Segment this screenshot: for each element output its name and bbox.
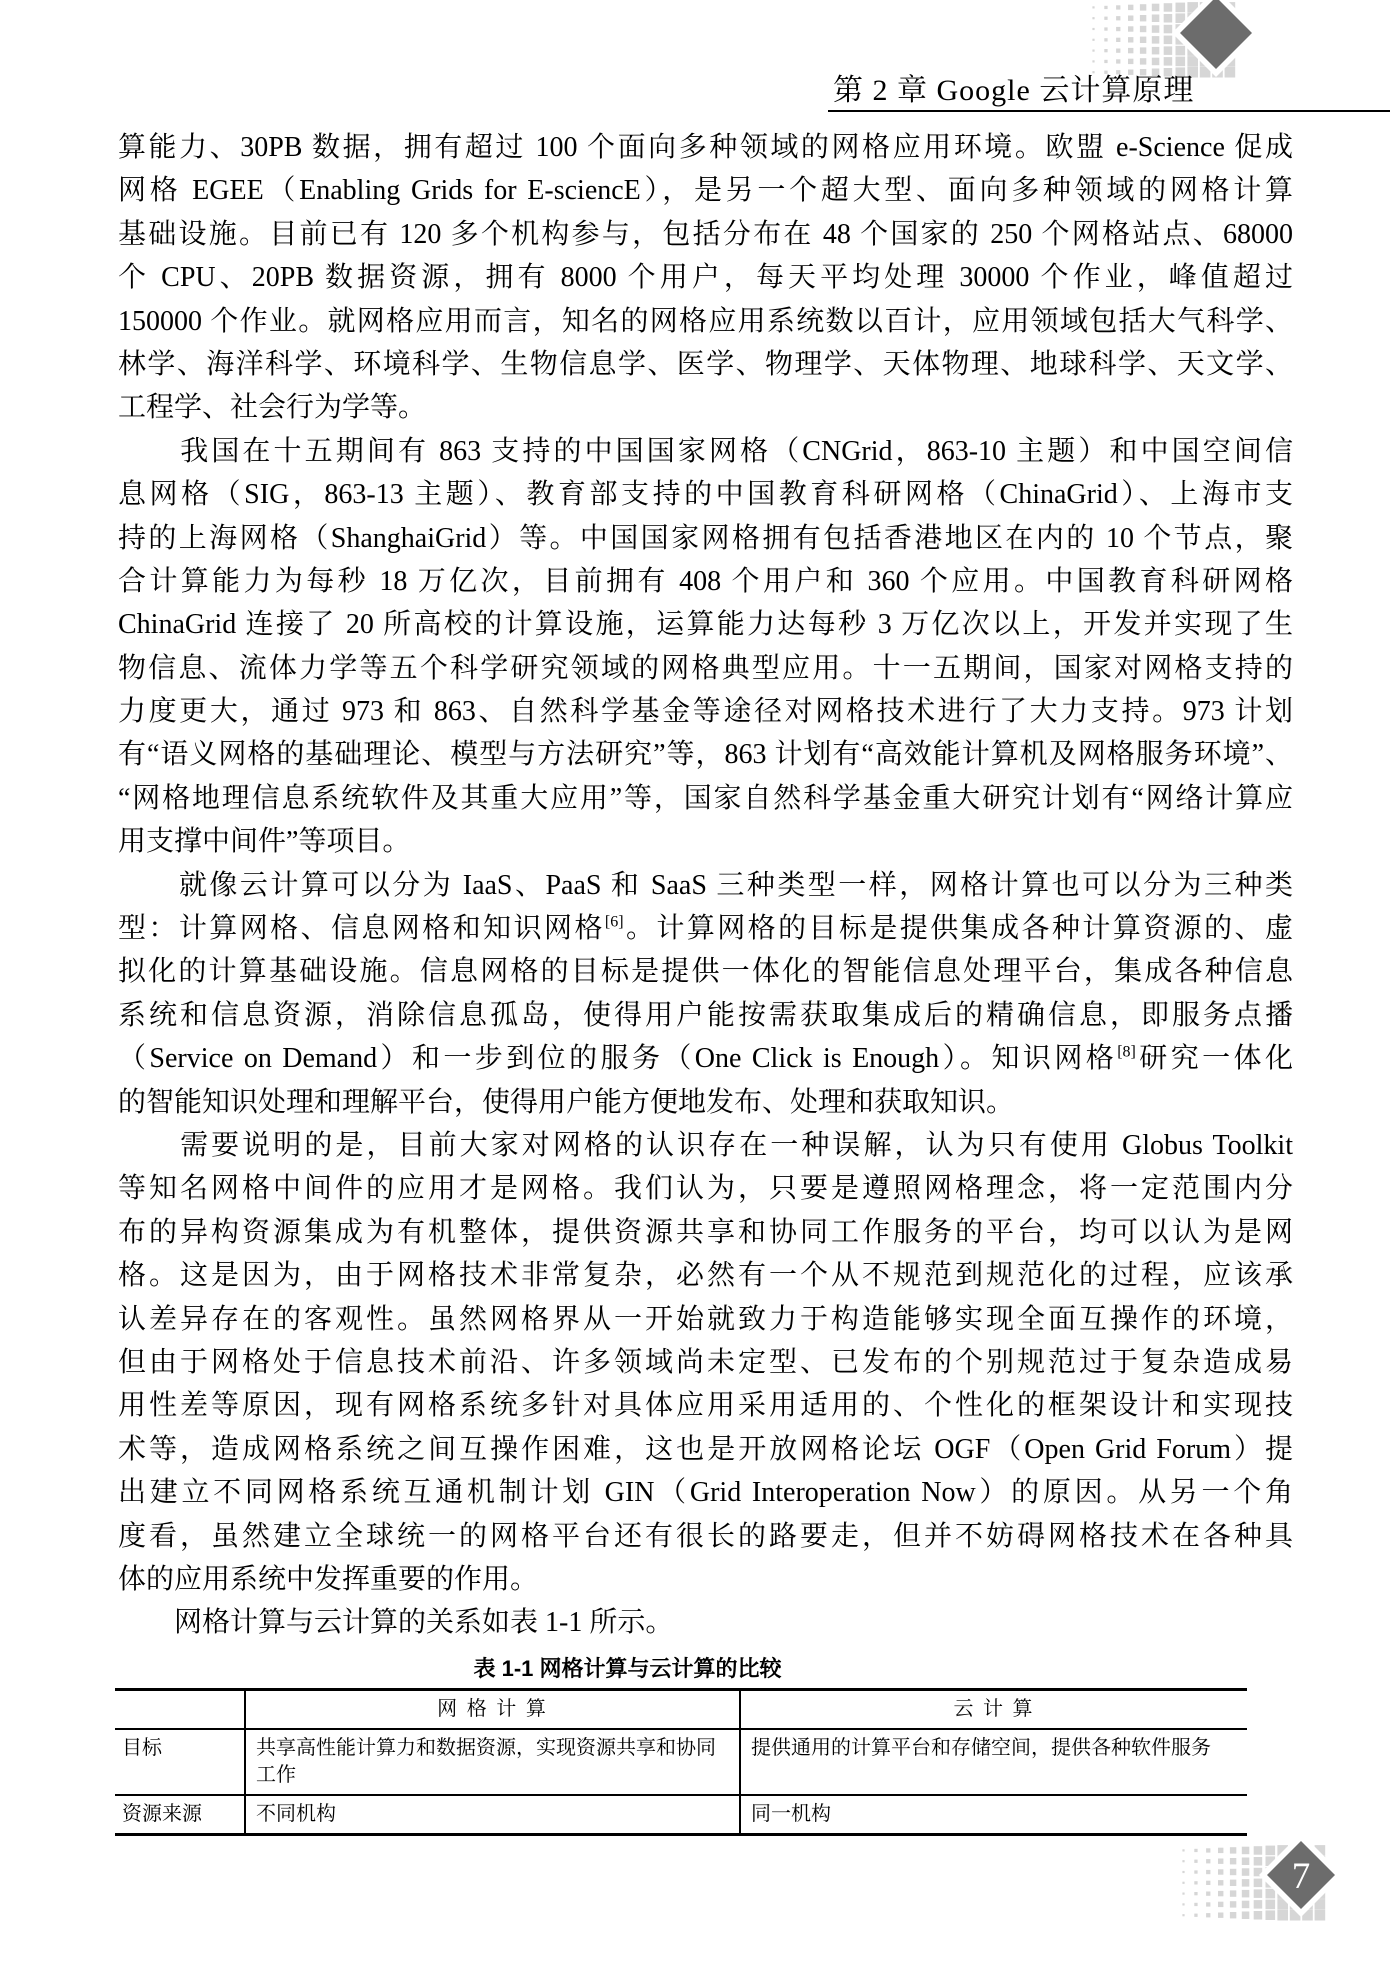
- text-line: ChinaGrid 连接了 20 所高校的计算设施，运算能力达每秒 3 万亿次以…: [118, 603, 1293, 646]
- footnote-ref: [6]: [605, 914, 624, 931]
- header-rule: [828, 110, 1390, 112]
- text-line: 工程学、社会行为学等。: [118, 386, 1293, 429]
- text-line: 认差异存在的客观性。虽然网格界从一开始就致力于构造能够实现全面互操作的环境，: [118, 1298, 1293, 1341]
- corner-ornament-bottom: 7: [1178, 1843, 1356, 1923]
- text-line: 个 CPU、20PB 数据资源，拥有 8000 个用户，每天平均处理 30000…: [118, 256, 1293, 299]
- text-line: （Service on Demand）和一步到位的服务（One Click is…: [118, 1037, 1293, 1080]
- table-header-row: 网 格 计 算 云 计 算: [115, 1689, 1247, 1729]
- text-line: 的智能知识处理和理解平台，使得用户能方便地发布、处理和获取知识。: [118, 1081, 1293, 1124]
- dot-grid-icon: [1092, 2, 1235, 77]
- text-line: 150000 个作业。就网格应用而言，知名的网格应用系统数以百计，应用领域包括大…: [118, 300, 1293, 343]
- cell-grid-source: 不同机构: [245, 1795, 740, 1835]
- row-label: 资源来源: [115, 1795, 245, 1835]
- corner-ornament-top: [1088, 0, 1266, 78]
- footnote-ref: [8]: [1117, 1044, 1136, 1061]
- diamond-icon: [1267, 1841, 1335, 1909]
- header-cell-empty: [115, 1689, 245, 1729]
- book-page: 第 2 章 Google 云计算原理 算能力、30PB 数据，拥有超过 100 …: [0, 0, 1397, 1965]
- comparison-table: 网 格 计 算 云 计 算 目标 共享高性能计算力和数据资源，实现资源共享和协同…: [115, 1688, 1247, 1836]
- body-text: 算能力、30PB 数据，拥有超过 100 个面向多种领域的网格应用环境。欧盟 e…: [118, 126, 1293, 1645]
- chapter-header: 第 2 章 Google 云计算原理: [833, 74, 1393, 108]
- paragraph: 算能力、30PB 数据，拥有超过 100 个面向多种领域的网格应用环境。欧盟 e…: [118, 126, 1293, 430]
- text-line: 出建立不同网格系统互通机制计划 GIN（Grid Interoperation …: [118, 1471, 1293, 1514]
- text-line: 就像云计算可以分为 IaaS、PaaS 和 SaaS 三种类型一样，网格计算也可…: [118, 864, 1293, 907]
- text-line: 网格计算与云计算的关系如表 1-1 所示。: [118, 1601, 1293, 1644]
- cell-cloud-source: 同一机构: [740, 1795, 1247, 1835]
- diamond-icon: [1180, 0, 1252, 69]
- text-line: 等知名网格中间件的应用才是网格。我们认为，只要是遵照网格理念，将一定范围内分: [118, 1167, 1293, 1210]
- text-line: 有“语义网格的基础理论、模型与方法研究”等，863 计划有“高效能计算机及网格服…: [118, 733, 1293, 776]
- text-line: 术等，造成网格系统之间互操作困难，这也是开放网格论坛 OGF（Open Grid…: [118, 1428, 1293, 1471]
- text-line: 需要说明的是，目前大家对网格的认识存在一种误解，认为只有使用 Globus To…: [118, 1124, 1293, 1167]
- cell-cloud-goal: 提供通用的计算平台和存储空间，提供各种软件服务: [740, 1729, 1247, 1795]
- text-line: 拟化的计算基础设施。信息网格的目标是提供一体化的智能信息处理平台，集成各种信息: [118, 950, 1293, 993]
- text-line: 基础设施。目前已有 120 多个机构参与，包括分布在 48 个国家的 250 个…: [118, 213, 1293, 256]
- diamond-halo: [1259, 1833, 1343, 1917]
- paragraph: 我国在十五期间有 863 支持的中国国家网格（CNGrid，863-10 主题）…: [118, 430, 1293, 864]
- text-line: 但由于网格处于信息技术前沿、许多领域尚未定型、已发布的个别规范过于复杂造成易: [118, 1341, 1293, 1384]
- text-line: 用支撑中间件”等项目。: [118, 820, 1293, 863]
- header-cell-grid-computing: 网 格 计 算: [245, 1689, 740, 1729]
- text-line: 算能力、30PB 数据，拥有超过 100 个面向多种领域的网格应用环境。欧盟 e…: [118, 126, 1293, 169]
- paragraph: 需要说明的是，目前大家对网格的认识存在一种误解，认为只有使用 Globus To…: [118, 1124, 1293, 1601]
- dot-grid-icon: [1182, 1845, 1325, 1920]
- main-column: 算能力、30PB 数据，拥有超过 100 个面向多种领域的网格应用环境。欧盟 e…: [118, 126, 1293, 1836]
- header-cell-cloud-computing: 云 计 算: [740, 1689, 1247, 1729]
- text-line: 网格 EGEE（Enabling Grids for E-sciencE），是另…: [118, 169, 1293, 212]
- table-row: 目标 共享高性能计算力和数据资源，实现资源共享和协同工作 提供通用的计算平台和存…: [115, 1729, 1247, 1795]
- text-line: 物信息、流体力学等五个科学研究领域的网格典型应用。十一五期间，国家对网格支持的: [118, 647, 1293, 690]
- row-label: 目标: [115, 1729, 245, 1795]
- text-line: 格。这是因为，由于网格技术非常复杂，必然有一个从不规范到规范化的过程，应该承: [118, 1254, 1293, 1297]
- text-line: 息网格（SIG，863-13 主题）、教育部支持的中国教育科研网格（ChinaG…: [118, 473, 1293, 516]
- text-line: 系统和信息资源，消除信息孤岛，使得用户能按需获取集成后的精确信息，即服务点播: [118, 994, 1293, 1037]
- paragraph: 就像云计算可以分为 IaaS、PaaS 和 SaaS 三种类型一样，网格计算也可…: [118, 864, 1293, 1124]
- cell-grid-goal: 共享高性能计算力和数据资源，实现资源共享和协同工作: [245, 1729, 740, 1795]
- table-caption: 表 1-1 网格计算与云计算的比较: [40, 1655, 1215, 1683]
- paragraph: 网格计算与云计算的关系如表 1-1 所示。: [118, 1601, 1293, 1644]
- text-line: 布的异构资源集成为有机整体，提供资源共享和协同工作服务的平台，均可以认为是网: [118, 1211, 1293, 1254]
- text-line: 我国在十五期间有 863 支持的中国国家网格（CNGrid，863-10 主题）…: [118, 430, 1293, 473]
- text-line: 体的应用系统中发挥重要的作用。: [118, 1558, 1293, 1601]
- page-number: 7: [1292, 1856, 1311, 1897]
- text-line: “网格地理信息系统软件及其重大应用”等，国家自然科学基金重大研究计划有“网络计算…: [118, 777, 1293, 820]
- text-line: 度看，虽然建立全球统一的网格平台还有很长的路要走，但并不妨碍网格技术在各种具: [118, 1515, 1293, 1558]
- text-line: 持的上海网格（ShanghaiGrid）等。中国国家网格拥有包括香港地区在内的 …: [118, 517, 1293, 560]
- table-row: 资源来源 不同机构 同一机构: [115, 1795, 1247, 1835]
- text-line: 合计算能力为每秒 18 万亿次，目前拥有 408 个用户和 360 个应用。中国…: [118, 560, 1293, 603]
- text-line: 林学、海洋科学、环境科学、生物信息学、医学、物理学、天体物理、地球科学、天文学、: [118, 343, 1293, 386]
- text-line: 力度更大，通过 973 和 863、自然科学基金等途径对网格技术进行了大力支持。…: [118, 690, 1293, 733]
- text-line: 用性差等原因，现有网格系统多针对具体应用采用适用的、个性化的框架设计和实现技: [118, 1384, 1293, 1427]
- diamond-halo: [1172, 0, 1260, 77]
- text-line: 型：计算网格、信息网格和知识网格[6]。计算网格的目标是提供集成各种计算资源的、…: [118, 907, 1293, 950]
